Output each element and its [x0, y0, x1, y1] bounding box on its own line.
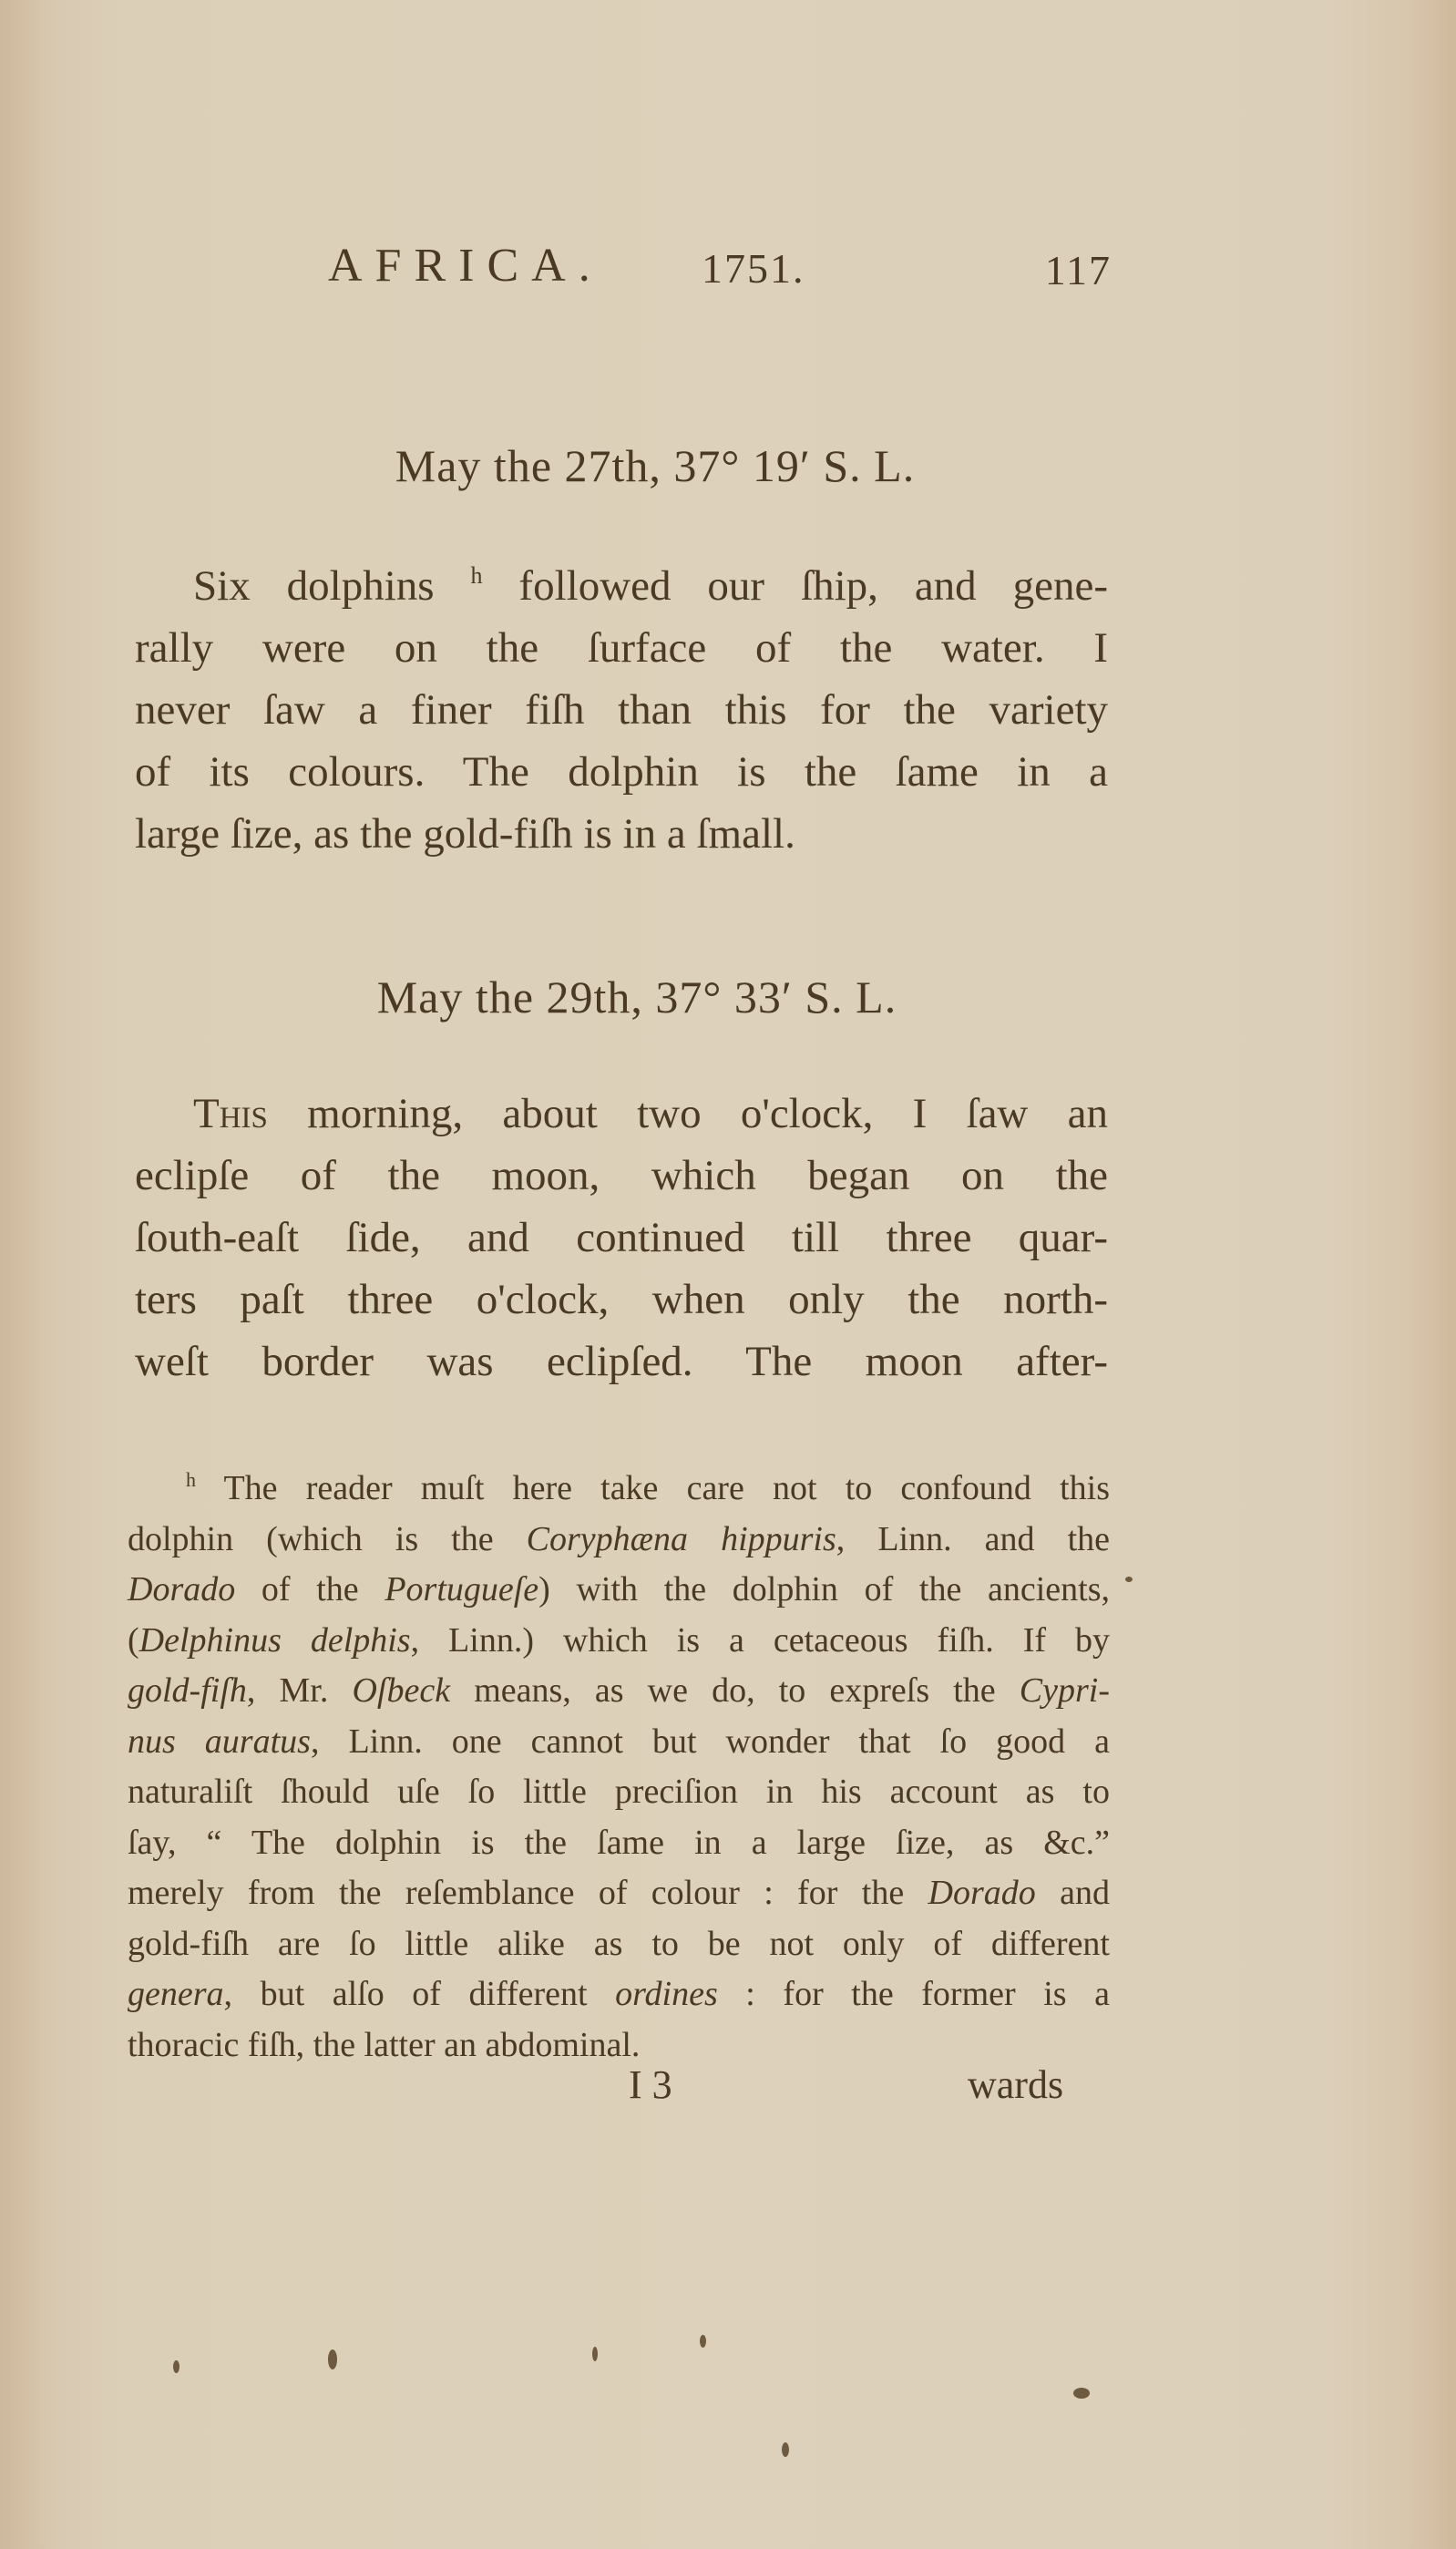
footnote-line: ſay, “ The dolphin is the ſame in a larg…	[128, 1818, 1110, 1869]
entry-heading-may-29: May the 29th, 37° 33′ S. L.	[0, 971, 1365, 1023]
paper-speck	[782, 2442, 789, 2457]
footnote-line: h The reader muſt here take care not to …	[128, 1454, 1110, 1515]
footnote-text: and	[1036, 1874, 1110, 1912]
footnote-text: means, as we do, to expreſs the	[450, 1671, 1020, 1710]
paper-speck	[700, 2335, 706, 2348]
footnote-line: thoracic fiſh, the latter an abdominal.	[128, 2020, 1110, 2071]
paper-speck	[1073, 2388, 1090, 2399]
paper-speck	[592, 2347, 598, 2361]
footnote-text: , but alſo of different	[224, 1975, 616, 2013]
footnote-text: , Linn.) which is a cetaceous fiſh. If b…	[411, 1621, 1110, 1660]
paper-speck	[328, 2349, 337, 2369]
entry-heading-may-27: May the 27th, 37° 19′ S. L.	[0, 439, 1383, 492]
latin-name: nus auratus	[128, 1722, 311, 1761]
line-text: followed our ſhip, and gene-	[482, 562, 1108, 610]
signature-mark: I 3	[629, 2061, 672, 2108]
footnote-text: , Linn. one cannot but wonder that ſo go…	[311, 1722, 1110, 1761]
footnote-text: , Mr.	[247, 1671, 353, 1710]
opening-smallcaps: This	[193, 1090, 268, 1137]
paragraph-line: rally were on the ſurface of the water. …	[135, 617, 1108, 679]
footnote-text: ) with the dolphin of the ancients,	[538, 1570, 1110, 1609]
paragraph-line: never ſaw a finer fiſh than this for the…	[135, 679, 1108, 741]
footnote-text: , Linn. and the	[836, 1520, 1110, 1558]
footnote: h The reader muſt here take care not to …	[128, 1454, 1110, 2071]
line-text: Six dolphins	[193, 562, 470, 610]
person-name: Oſbeck	[352, 1671, 450, 1710]
italic-term: Dorado	[928, 1874, 1036, 1912]
footnote-text: merely from the reſemblance of colour : …	[128, 1874, 928, 1912]
footnote-text: of the	[235, 1570, 385, 1609]
latin-name: Coryphæna hippuris	[527, 1520, 836, 1558]
paragraph-line: ſouth-eaſt ſide, and continued till thre…	[135, 1207, 1108, 1269]
paper-speck	[1125, 1577, 1133, 1582]
footnote-text: The reader muſt here take care not to co…	[196, 1469, 1110, 1507]
book-page: AFRICA. 1751. 117 May the 27th, 37° 19′ …	[0, 0, 1456, 2549]
latin-name: Delphinus delphis	[139, 1621, 411, 1660]
footnote-line: gold-fiſh, Mr. Oſbeck means, as we do, t…	[128, 1666, 1110, 1717]
paragraph-line: large ſize, as the gold-fiſh is in a ſma…	[135, 803, 1108, 865]
running-head-year: 1751.	[702, 244, 805, 293]
paper-speck	[173, 2360, 179, 2373]
running-head-title: AFRICA.	[328, 239, 603, 293]
footnote-line: genera, but alſo of different ordines : …	[128, 1969, 1110, 2020]
footnote-text: dolphin (which is the	[128, 1520, 527, 1558]
page-number: 117	[1045, 246, 1112, 294]
italic-term: Portugueſe	[385, 1570, 538, 1609]
line-text: morning, about two o'clock, I ſaw an	[268, 1090, 1108, 1137]
italic-term: Dorado	[128, 1570, 235, 1609]
italic-term: gold-fiſh	[128, 1671, 247, 1710]
paragraph-line: Six dolphins h followed our ſhip, and ge…	[135, 545, 1108, 617]
entry-paragraph-may-29: This morning, about two o'clock, I ſaw a…	[135, 1083, 1108, 1393]
footnote-line: Dorado of the Portugueſe) with the dolph…	[128, 1565, 1110, 1616]
catchword: wards	[968, 2061, 1063, 2108]
paragraph-line: This morning, about two o'clock, I ſaw a…	[135, 1083, 1108, 1145]
paragraph-line: weſt border was eclipſed. The moon after…	[135, 1331, 1108, 1393]
footnote-marker: h	[186, 1468, 196, 1491]
footnote-line: dolphin (which is the Coryphæna hippuris…	[128, 1515, 1110, 1566]
paragraph-line: eclipſe of the moon, which began on the	[135, 1145, 1108, 1207]
entry-paragraph-may-27: Six dolphins h followed our ſhip, and ge…	[135, 545, 1108, 865]
footnote-line: merely from the reſemblance of colour : …	[128, 1868, 1110, 1919]
latin-term: genera	[128, 1975, 224, 2013]
latin-term: ordines	[615, 1975, 718, 2013]
footnote-text: : for the former is a	[718, 1975, 1110, 2013]
footnote-line: nus auratus, Linn. one cannot but wonder…	[128, 1717, 1110, 1768]
footnote-line: gold-fiſh are ſo little alike as to be n…	[128, 1919, 1110, 1970]
footnote-text: (	[128, 1621, 139, 1660]
footnote-reference[interactable]: h	[470, 562, 482, 589]
footnote-line: naturaliſt ſhould uſe ſo little preciſio…	[128, 1767, 1110, 1818]
paragraph-line: of its colours. The dolphin is the ſame …	[135, 741, 1108, 803]
paragraph-line: ters paſt three o'clock, when only the n…	[135, 1269, 1108, 1331]
latin-name: Cypri-	[1020, 1671, 1110, 1710]
footnote-line: (Delphinus delphis, Linn.) which is a ce…	[128, 1616, 1110, 1667]
running-head: AFRICA. 1751. 117	[328, 239, 1112, 303]
